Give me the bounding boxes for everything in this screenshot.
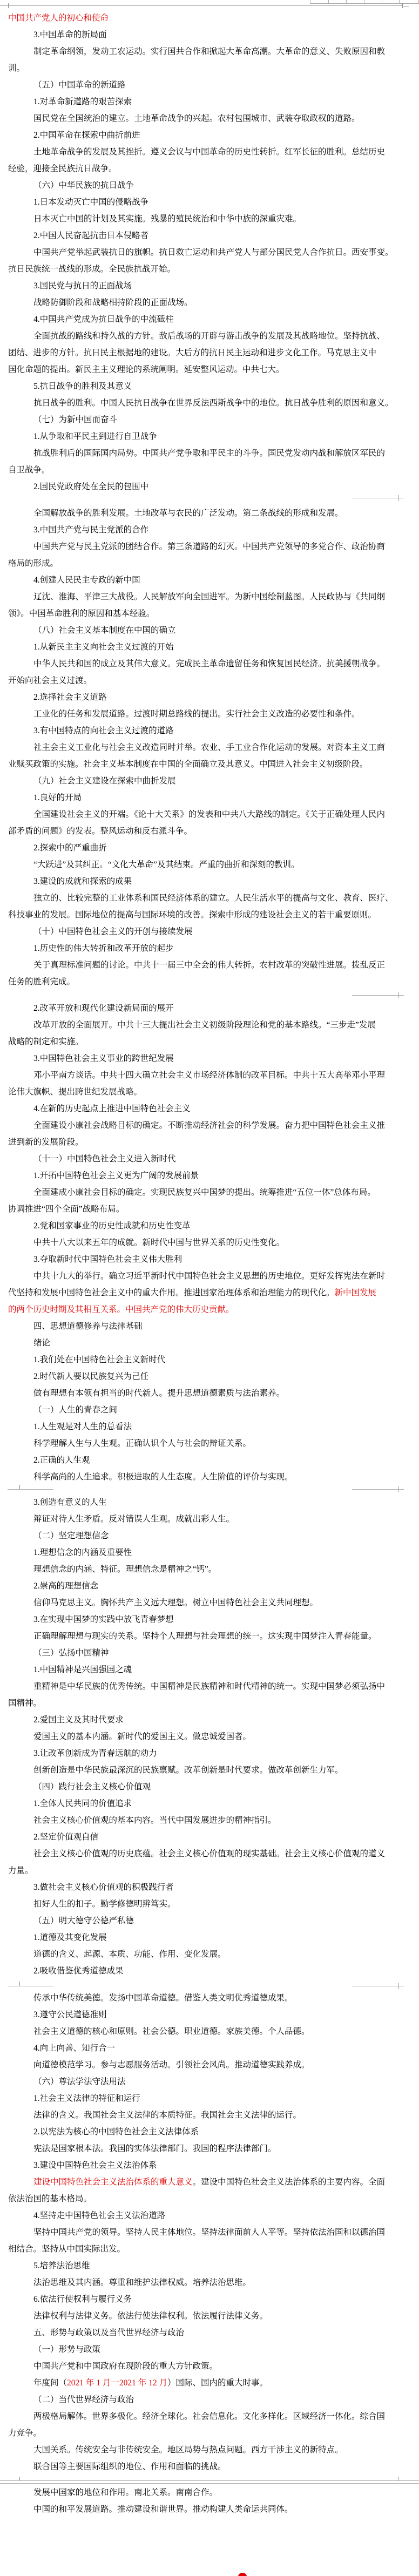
text-line: 1.历史性的伟大转折和改革开放的起步 xyxy=(8,940,413,957)
text-line: 中国共产党举起武装抗日的旗帜。抗日救亡运动和共产党人与部分国民党人合作抗日。西安… xyxy=(8,244,413,261)
text-line: 年度间（2021 年 1 月一2021 年 12 月）国际、国内的重大时事。 xyxy=(8,2375,413,2391)
text-line: 6.依法行使权利与履行义务 xyxy=(8,2291,413,2308)
text-line: 领》。中国革命胜利的原因和基本经验。 xyxy=(8,605,413,622)
text-line: 两极格局解体。世界多极化。经济全球化。社会信息化。文化多样化。区域经济一体化。综… xyxy=(8,2408,413,2425)
text-line: 1.对革命新道路的艰苦探索 xyxy=(8,93,413,110)
text-line: 战略防御阶段和战略相持阶段的正面战场。 xyxy=(8,294,413,311)
text-line: 全面建设小康社会战略目标的确定。不断推动经济社会的科学发展。奋力把中国特色社会主… xyxy=(8,1117,413,1134)
text-line: 辽沈、淮海、平津三大战役。人民解放军向全国进军。为新中国绘制蓝图。人民政协与《共… xyxy=(8,589,413,605)
text-line: （三）弘扬中国精神 xyxy=(8,1645,413,1661)
text-line: 创新创造是中华民族最深沉的民族禀赋。改革创新是时代要求。做改革创新生力军。 xyxy=(8,1762,413,1779)
red-dot xyxy=(238,2573,247,2576)
text-line: 1.理想信念的内涵及重要性 xyxy=(8,1544,413,1561)
text-line: 2.改革开放和现代化建设新局面的展开 xyxy=(8,1000,413,1017)
text-line: 法治思维及其内涵。尊重和维护法律权威。培养法治思维。 xyxy=(8,2274,413,2291)
text-line: （二）当代世界经济与政治 xyxy=(8,2391,413,2408)
page-break-mark-left xyxy=(8,1986,53,1986)
text-line: 科学理解人生与人生观。正确认识个人与社会的辩证关系。 xyxy=(8,1435,413,1452)
text-line: （二）坚定理想信念 xyxy=(8,1527,413,1544)
text-line: 国化命题的提出。新民主主义理论的系统阐明。延安整风运动。中共七大。 xyxy=(8,361,413,378)
text-line: 坚持中国共产党的领导。坚持人民主体地位。坚持法律面前人人平等。坚持依法治国和以德… xyxy=(8,2224,413,2241)
text-line: 代坚持和发展中国特色社会主义中的重大作用。推进国家治理体系和治理能力的现代化。新… xyxy=(8,1284,413,1301)
text-line: 抗战胜利后的国际国内局势。中国共产党争取和平民主的斗争。国民党发动内战和解放区军… xyxy=(8,445,413,462)
text-line: 1.人生观是对人生的总看法 xyxy=(8,1418,413,1435)
text-line: “大跃进”及其纠正。“文化大革命”及其结束。严重的曲折和深刻的教训。 xyxy=(8,856,413,873)
text-line: 论伟大旗帜、提出跨世纪发展战略。 xyxy=(8,1084,413,1100)
text-line: 3.中国共产党与民主党派的合作 xyxy=(8,522,413,538)
text-line: 进到新的发展阶段。 xyxy=(8,1134,413,1151)
text-line: 2.崇高的理想信念 xyxy=(8,1578,413,1594)
text-line: 关于真理标准问题的讨论。中共十一届三中全会的伟大转折。农村改革的突破性进展。拨乱… xyxy=(8,957,413,973)
text-line: 1.从争取和平民主到进行自卫战争 xyxy=(8,428,413,445)
text-line: （八）社会主义基本制度在中国的确立 xyxy=(8,622,413,639)
text-line: 3.中国特色社会主义事业的跨世纪发展 xyxy=(8,1050,413,1067)
text-line: 做有理想有本领有担当的时代新人。提升思想道德素质与法治素养。 xyxy=(8,1385,413,1402)
text-line: 国精神。 xyxy=(8,1695,413,1712)
text-line: 全面建成小康社会目标的确定。实现民族复兴中国梦的提出。统筹推进“五位一体”总体布… xyxy=(8,1184,413,1201)
text-line: 大国关系。传统安全与非传统安全。地区局势与热点问题。西方干涉主义的新特点。 xyxy=(8,2442,413,2458)
text-line: 3.在实现中国梦的实践中放飞青春梦想 xyxy=(8,1611,413,1628)
text-line: 4.创建人民民主专政的新中国 xyxy=(8,572,413,589)
page-corner-mark xyxy=(8,3,9,8)
text-line: 信仰马克思主义。胸怀共产主义远大理想。树立中国特色社会主义共同理想。 xyxy=(8,1594,413,1611)
text-line: 3.创造有意义的人生 xyxy=(8,1494,413,1511)
text-line: 社主会主义工业化与社会主义改造同时并举。农业、手工业合作化运动的发展。对资本主义… xyxy=(8,739,413,756)
text-line: 向道德模范学习。参与志愿服务活动。引领社会风尚。推动道德实践养成。 xyxy=(8,2057,413,2073)
text-line: （九）社会主义建设在探索中曲折发展 xyxy=(8,773,413,789)
text-line: 法律权利与法律义务。依法行使法律权利。依法履行法律义务。 xyxy=(8,2308,413,2324)
page-separator-line xyxy=(0,2483,419,2484)
text-line: 2.中国革命在探索中曲折前进 xyxy=(8,127,413,144)
text-line: 科技事业的发展。国际地位的提高与国际环境的改善。探索中形成的建设社会主义的若干重… xyxy=(8,907,413,923)
text-line: 3.遵守公民道德准则 xyxy=(8,2006,413,2023)
text-line: 联合国等主要国际组织的地位、作用和面临的挑战。 xyxy=(8,2458,413,2475)
text-line: 开始向社会主义过渡。 xyxy=(8,672,413,689)
text-line: 制定革命纲领，发动工农运动。实行国共合作和掀起大革命高潮。大革命的意义、失败原因… xyxy=(8,43,413,60)
text-line: 依法治国的基本格局。 xyxy=(8,2190,413,2207)
text-line: 2.中国人民奋起抗击日本侵略者 xyxy=(8,227,413,244)
text-line: 相结合。坚持从中国实际出发。 xyxy=(8,2241,413,2257)
page-top-line xyxy=(0,5,402,6)
page-break-mark-right xyxy=(398,498,404,498)
text-line: 1.从新民主主义向社会主义过渡的开始 xyxy=(8,639,413,655)
page-break-mark-left xyxy=(19,1485,20,1489)
text-line: 中共十九大的举行。确立习近平新时代中国特色社会主义思想的历史地位。更好发挥宪法在… xyxy=(8,1268,413,1284)
text-line: 正确理解理想与现实的关系。坚持个人理想与社会理想的统一。这实现中国梦注入青春能量… xyxy=(8,1628,413,1645)
text-line: 中国共产党人的初心和使命 xyxy=(8,10,413,26)
text-line: 1.开拓中国特色社会主义更为广阔的发展前景 xyxy=(8,1167,413,1184)
text-line: 法律的含义。我国社会主义法律的本质特征。我国社会主义法律的运行。 xyxy=(8,2107,413,2124)
text-line: （六）中华民族的抗日战争 xyxy=(8,177,413,194)
text-line: 2.探索中的严重曲折 xyxy=(8,840,413,856)
text-line: 四、思想道德修养与法律基础 xyxy=(8,1318,413,1335)
text-line: 团结、进步的方针。抗日民主根据地的建设。大后方的抗日民主运动和进步文化工作。马克… xyxy=(8,344,413,361)
text-line: 1.日本发动灭亡中国的侵略战争 xyxy=(8,194,413,211)
text-line: 五、形势与政策以及当代世界经济与政治 xyxy=(8,2324,413,2341)
text-line: 2.爱国主义及其时代要求 xyxy=(8,1712,413,1728)
text-line: 建设中国特色社会主义法治体系的重大意义。建设中国特色社会主义法治体系的主要内容。… xyxy=(8,2174,413,2190)
text-line: 力量。 xyxy=(8,1862,413,1879)
text-line: 重精神是中华民族的优秀传统。中国精神是民族精神和时代精神的统一。实现中国梦必须弘… xyxy=(8,1678,413,1695)
text-line: 全国建设社会主义的开端。《论十大关系》的发表和中共八大路线的制定。《关于正确处理… xyxy=(8,806,413,823)
text-line: 3.做社会主义核心价值观的积极践行者 xyxy=(8,1879,413,1896)
text-line: 工业化的任务和发展道路。过渡时期总路线的提出。实行社会主义改造的必要性和条件。 xyxy=(8,706,413,722)
text-line: 部矛盾的问题》的发表。整风运动和反右派斗争。 xyxy=(8,823,413,840)
text-line: 1.道德及其变化发展 xyxy=(8,1929,413,1946)
text-line: 中华人民共和国的成立及其伟大意义。完成民主革命遗留任务和恢复国民经济。抗美援朝战… xyxy=(8,655,413,672)
text-line: 爱国主义的基本内涵。新时代的爱国主义。做忠诚爱国者。 xyxy=(8,1728,413,1745)
text-line: 独立的、比较完整的工业体系和国民经济体系的建立。人民生活水平的提高与文化、教育、… xyxy=(8,890,413,907)
text-line: （一）人生的青春之间 xyxy=(8,1402,413,1418)
text-line: 3.中国革命的新局面 xyxy=(8,26,413,43)
text-line: 协调推进“四个全面”战略布局。 xyxy=(8,1201,413,1218)
text-line: 业赎买政策的实施。社会主义基本制度在中国的全面确立及其意义。中国进入社会主义初级… xyxy=(8,756,413,773)
text-line: （一）形势与政策 xyxy=(8,2341,413,2358)
text-line: 中国共产党和中国政府在现阶段的重大方针政策。 xyxy=(8,2358,413,2375)
text-line: 训。 xyxy=(8,60,413,77)
text-line: 4.坚持走中国特色社会主义法治道路 xyxy=(8,2207,413,2224)
text-line: （七）为新中国而奋斗 xyxy=(8,411,413,428)
text-line: 扣好人生的扣子。勤学修德明辨笃实。 xyxy=(8,1896,413,1912)
text-line: 1.全体人民共同的价值追求 xyxy=(8,1795,413,1812)
text-line: 任务的胜利完成。 xyxy=(8,973,413,990)
page-break-mark-right xyxy=(352,995,398,996)
text-line: 发展中国家的地位和作用。南北关系。南南合作。 xyxy=(8,2484,413,2501)
text-line: 土地革命战争的发展及其挫折。遵义会议与中国革命的历史性转折。红军长征的胜利。总结… xyxy=(8,144,413,160)
text-line: 2.吸收借鉴优秀道德成果 xyxy=(8,1963,413,1979)
text-line: 社会主义核心价值观的基本内容。当代中国发展进步的精神指引。 xyxy=(8,1812,413,1829)
page-break-mark-left xyxy=(19,1982,20,1986)
text-line: 道德的含义、起源、本质、功能、作用、变化发展。 xyxy=(8,1946,413,1963)
text-line: 4.在新的历史起点上推进中国特色社会主义 xyxy=(8,1100,413,1117)
text-line: 3.让改革创新成为青春远航的动力 xyxy=(8,1745,413,1762)
text-line: （五）明大德守公德严私德 xyxy=(8,1912,413,1929)
text-line: 抗日战争的胜利。中国人民抗日战争在世界反法西斯战争中的地位。抗日战争胜利的原因和… xyxy=(8,395,413,411)
text-line: 战略的制定和实施。 xyxy=(8,1033,413,1050)
text-line: 辩证对待人生矛盾。反对错误人生观。成就出彩人生。 xyxy=(8,1511,413,1527)
page-separator-line xyxy=(0,2480,419,2481)
text-line: 2.正确的人生观 xyxy=(8,1452,413,1469)
text-line: 全面抗战的路线和持久战的方针。敌后战场的开辟与游击战争的发展及其战略地位。坚持抗… xyxy=(8,328,413,344)
text-line: （六）尊法学法守法用法 xyxy=(8,2073,413,2090)
text-line: 3.有中国特点的向社会主义过渡的道路 xyxy=(8,722,413,739)
text-line: 5.抗日战争的胜利及其意义 xyxy=(8,378,413,395)
page-break-mark-right xyxy=(352,1489,398,1490)
text-line: 中国的和平发展道路。推动建设和谐世界。推动构建人类命运共同体。 xyxy=(8,2501,413,2518)
text-line: 3.建设中国特色社会主义法治体系 xyxy=(8,2157,413,2174)
text-line: 2.以宪法为核心的中国特色社会主义法律体系 xyxy=(8,2124,413,2140)
page-corner-mark xyxy=(402,6,409,7)
text-line: 2.选择社会主义道路 xyxy=(8,689,413,706)
text-line: （四）践行社会主义核心价值观 xyxy=(8,1779,413,1795)
page-separator-mark xyxy=(19,2477,20,2480)
page-break-mark-right xyxy=(352,1986,398,1986)
text-line: 自卫战争。 xyxy=(8,462,413,478)
text-line: （十）中国特色社会主义的开创与接续发展 xyxy=(8,923,413,940)
text-line: 4.向上向善、知行合一 xyxy=(8,2040,413,2057)
text-line: 4.中国共产党成为抗日战争的中流砥柱 xyxy=(8,311,413,328)
page-break-mark-right xyxy=(398,1489,404,1490)
text-line: 2.党和国家事业的历史性成就和历史性变革 xyxy=(8,1218,413,1234)
text-line: 日本灭亡中国的计划及其实施。残暴的殖民统治和中华中族的深重灾难。 xyxy=(8,211,413,227)
text-line: 科学高尚的人生追求。积极进取的人生态度。人生阶值的评价与实现。 xyxy=(8,1469,413,1485)
page-corner-mark xyxy=(402,3,403,8)
text-line: 宪法是国家根本法。我国的实体法律部门。我国的程序法律部门。 xyxy=(8,2140,413,2157)
text-line: 国民党在全国统治的建立。土地革命战争的兴起。农村包围城市、武装夺取政权的道路。 xyxy=(8,110,413,127)
text-line: 中国共产党与民主党派的团结合作。第三条道路的幻灭。中国共产党领导的多党合作、政治… xyxy=(8,538,413,555)
text-line: 改革开放的全面展开。中共十三大提出社会主义初级阶段理论和党的基本路线。“三步走”… xyxy=(8,1017,413,1033)
text-line: 全国解放战争的胜利发展。土地改革与农民的广泛发动。第二条战线的形成和发展。 xyxy=(8,505,413,522)
document-page: 中国共产党人的初心和使命3.中国革命的新局面制定革命纲领，发动工农运动。实行国共… xyxy=(0,0,419,2576)
text-line: （十一）中国特色社会主义进入新时代 xyxy=(8,1151,413,1167)
text-line: 3.建设的成就和探索的成果 xyxy=(8,873,413,890)
text-line: 1.中国精神是兴国强国之魂 xyxy=(8,1661,413,1678)
text-line: 邓小平南方谈话。中共十四大确立社会主义市场经济体制的改革目标。中共十五大高举邓小… xyxy=(8,1067,413,1084)
text-line: （五）中国革命的新道路 xyxy=(8,77,413,93)
text-line: 社会主义道德的核心和原则。社会公德。职业道德。家族美德。个人品德。 xyxy=(8,2023,413,2040)
text-line: 3.国民党与抗日的正面战场 xyxy=(8,278,413,294)
text-line: 格局的形成。 xyxy=(8,555,413,572)
text-line: 经验，迎接全民族抗日战争。 xyxy=(8,160,413,177)
page-break-mark-right xyxy=(352,498,398,498)
text-line: 中共十八大以来五年的成就。新时代中国与世界关系的历史性变化。 xyxy=(8,1234,413,1251)
text-line: 理想信念的内涵、特征。理想信念是精神之“钙”。 xyxy=(8,1561,413,1578)
text-line: 力竞争。 xyxy=(8,2425,413,2442)
text-line: 绪论 xyxy=(8,1335,413,1351)
page-break-mark-left xyxy=(8,1489,53,1490)
text-line: 的两个历史时期及其相互关系。中国共产党的伟大历史贡献。 xyxy=(8,1301,413,1318)
text-line: 5.培养法治思维 xyxy=(8,2257,413,2274)
text-line: 抗日民族统一战线的形成。全民族抗战开始。 xyxy=(8,261,413,278)
page-separator-mark xyxy=(398,2477,398,2480)
text-line: 3.夺取新时代中国特色社会主义伟大胜利 xyxy=(8,1251,413,1268)
text-line: 传承中华传统美德。发扬中国革命道德。借鉴人类文明优秀道德成果。 xyxy=(8,1990,413,2006)
text-line: 1.我们处在中国特色社会主义新时代 xyxy=(8,1351,413,1368)
text-line: 1.良好的开局 xyxy=(8,789,413,806)
page-break-mark-right xyxy=(398,995,404,996)
text-line: 1.社会主义法律的特征和运行 xyxy=(8,2090,413,2107)
text-line: 2.时代新人要以民族复兴为己任 xyxy=(8,1368,413,1385)
text-line: 社会主义核心价值观的历史底蕴。社会主义核心价值观的现实基础。社会主义核心价值观的… xyxy=(8,1845,413,1862)
text-line: 2.坚定价值观自信 xyxy=(8,1829,413,1845)
page-break-mark-right xyxy=(398,1986,404,1986)
text-line: 2.国民党政府处在全民的包围中 xyxy=(8,478,413,495)
